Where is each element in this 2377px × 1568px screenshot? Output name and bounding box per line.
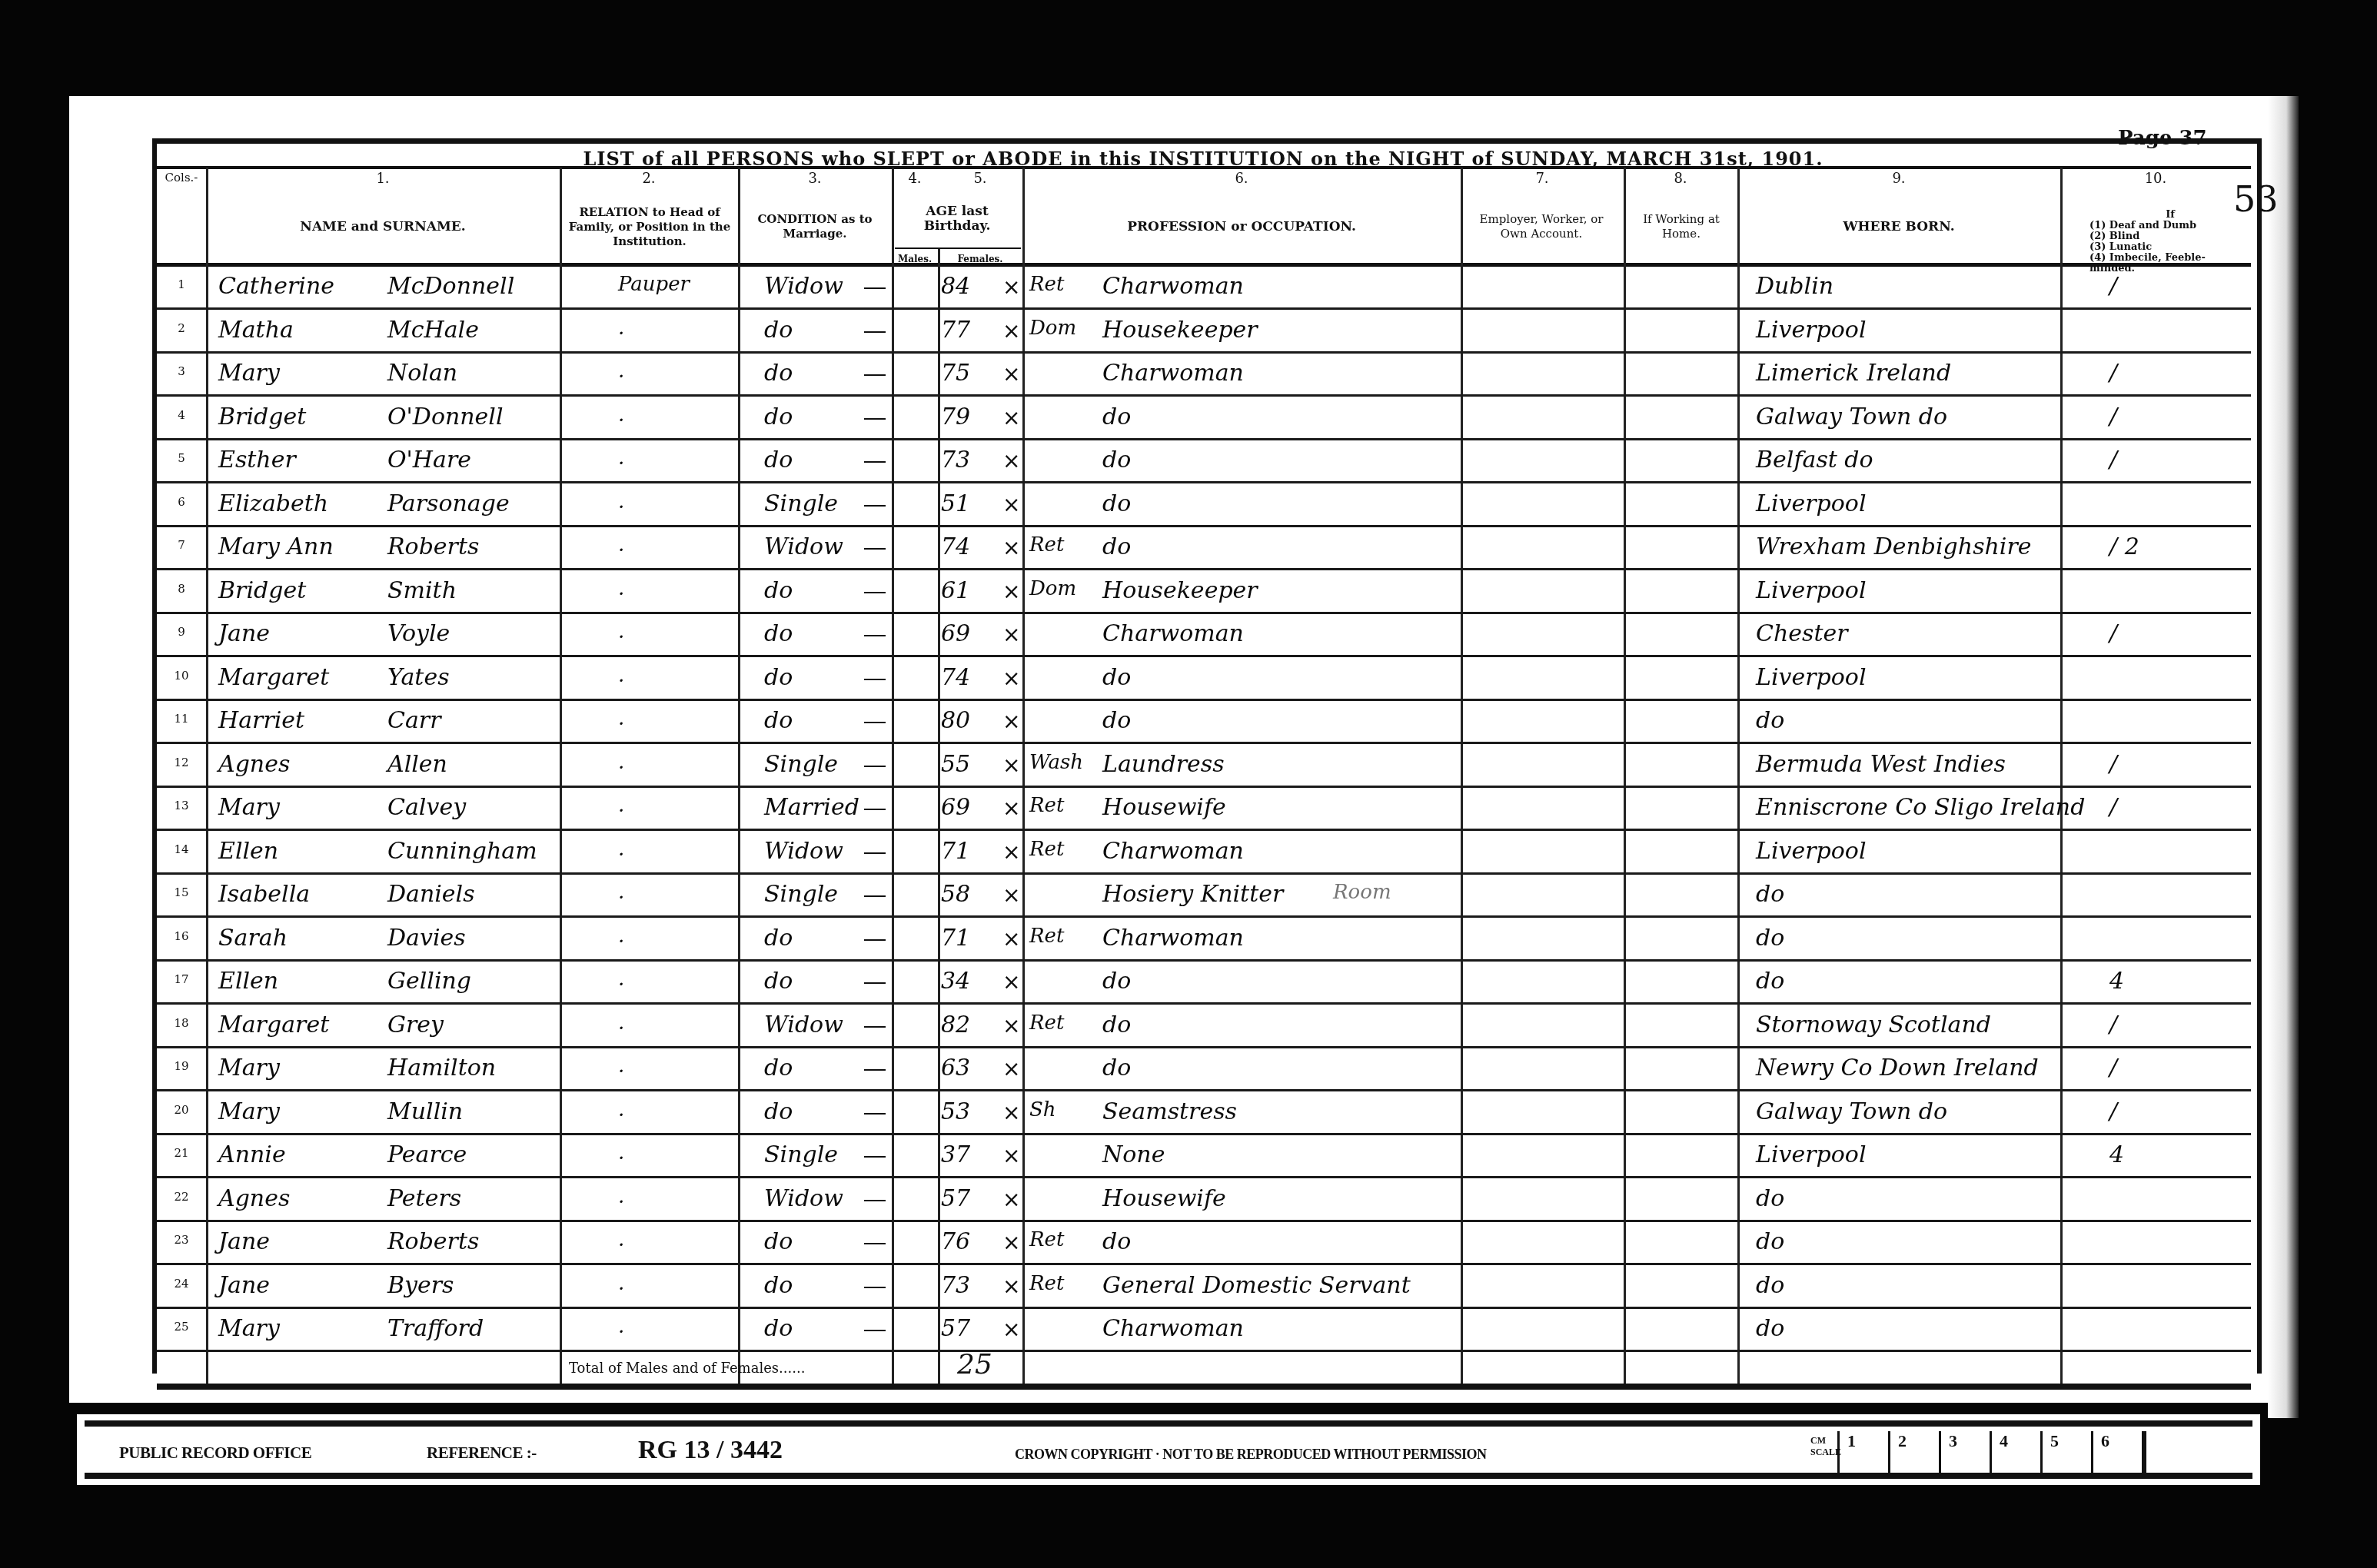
where-born: Liverpool bbox=[1756, 838, 1866, 865]
condition: Single bbox=[764, 490, 838, 517]
table-row: 24JaneByers.do―73×RetGeneral Domestic Se… bbox=[157, 1266, 2251, 1309]
first-name: Catherine bbox=[218, 273, 334, 300]
cross-mark-icon: × bbox=[1002, 969, 1020, 995]
table-row: 18MargaretGrey.Widow―82×RetdoStornoway S… bbox=[157, 1005, 2251, 1048]
first-name: Annie bbox=[218, 1141, 286, 1168]
where-born: do bbox=[1756, 881, 1784, 908]
condition: do bbox=[764, 1272, 793, 1299]
archive-footer: PUBLIC RECORD OFFICE REFERENCE :- RG 13 … bbox=[77, 1414, 2260, 1485]
row-number: 12 bbox=[157, 756, 206, 769]
surname: Roberts bbox=[387, 1228, 479, 1255]
first-name: Esther bbox=[218, 447, 296, 473]
relation: . bbox=[618, 490, 624, 513]
scale-mark: 1 bbox=[1837, 1431, 1888, 1477]
table-row: 20MaryMullin.do―53×ShSeamstressGalway To… bbox=[157, 1092, 2251, 1135]
occupation: do bbox=[1102, 447, 1131, 473]
scale-mark: 5 bbox=[2040, 1431, 2091, 1477]
occupation: do bbox=[1102, 1228, 1131, 1255]
row-number: 22 bbox=[157, 1190, 206, 1204]
surname: Smith bbox=[387, 577, 457, 604]
surname: Pearce bbox=[387, 1141, 467, 1168]
row-number: 7 bbox=[157, 538, 206, 552]
relation: . bbox=[618, 360, 624, 383]
table-row: 23JaneRoberts.do―76×Retdodo bbox=[157, 1222, 2251, 1265]
relation: . bbox=[618, 838, 624, 861]
tick-mark-icon: ― bbox=[864, 1187, 886, 1212]
row-number: 16 bbox=[157, 929, 206, 943]
cross-mark-icon: × bbox=[1002, 1100, 1020, 1125]
condition: Widow bbox=[764, 1185, 843, 1212]
col-number-5: 5. bbox=[938, 171, 1022, 187]
first-name: Agnes bbox=[218, 1185, 290, 1212]
infirmity-if: If bbox=[2089, 210, 2251, 221]
first-name: Mary bbox=[218, 1315, 280, 1342]
col-number-4: 4. bbox=[892, 171, 938, 187]
footer-copyright: CROWN COPYRIGHT · NOT TO BE REPRODUCED W… bbox=[1015, 1447, 1487, 1463]
where-born: Galway Town do bbox=[1756, 1098, 1947, 1125]
surname: Carr bbox=[387, 707, 441, 734]
cross-mark-icon: × bbox=[1002, 752, 1020, 778]
row-number: 23 bbox=[157, 1233, 206, 1247]
row-number: 5 bbox=[157, 451, 206, 465]
row-number: 2 bbox=[157, 321, 206, 335]
condition: do bbox=[764, 1098, 793, 1125]
surname: Allen bbox=[387, 751, 447, 778]
surname: Daniels bbox=[387, 881, 475, 908]
first-name: Jane bbox=[218, 620, 270, 647]
cross-mark-icon: × bbox=[1002, 882, 1020, 908]
row-number: 20 bbox=[157, 1103, 206, 1117]
footer-office: PUBLIC RECORD OFFICE bbox=[119, 1443, 311, 1463]
relation: . bbox=[618, 404, 624, 427]
occupation: Charwoman bbox=[1102, 273, 1244, 300]
occupation: Housewife bbox=[1102, 1185, 1226, 1212]
row-number: 10 bbox=[157, 669, 206, 683]
first-name: Harriet bbox=[218, 707, 304, 734]
relation: . bbox=[618, 620, 624, 643]
cross-mark-icon: × bbox=[1002, 666, 1020, 691]
occupation-prefix: Ret bbox=[1029, 794, 1064, 817]
condition: Single bbox=[764, 1141, 838, 1168]
total-females: 25 bbox=[957, 1349, 992, 1380]
condition: do bbox=[764, 925, 793, 952]
first-name: Ellen bbox=[218, 838, 278, 865]
occupation: do bbox=[1102, 707, 1131, 734]
occupation-prefix: Dom bbox=[1029, 317, 1076, 340]
infirmity: / 2 bbox=[2109, 533, 2139, 560]
first-name: Matha bbox=[218, 317, 294, 344]
cross-mark-icon: × bbox=[1002, 535, 1020, 560]
surname: Roberts bbox=[387, 533, 479, 560]
occupation-prefix: Ret bbox=[1029, 1012, 1064, 1035]
tick-mark-icon: ― bbox=[864, 1056, 886, 1081]
header-infirmity: If (1) Deaf and Dumb (2) Blind (3) Lunat… bbox=[2089, 210, 2251, 274]
infirmity-option-2: (2) Blind bbox=[2089, 231, 2251, 242]
tick-mark-icon: ― bbox=[864, 1100, 886, 1125]
first-name: Jane bbox=[218, 1272, 270, 1299]
age-female: 75 bbox=[941, 360, 970, 387]
tick-mark-icon: ― bbox=[864, 405, 886, 430]
tick-mark-icon: ― bbox=[864, 1230, 886, 1255]
where-born: do bbox=[1756, 707, 1784, 734]
occupation: Charwoman bbox=[1102, 360, 1244, 387]
occupation: Laundress bbox=[1102, 751, 1225, 778]
relation: . bbox=[618, 1012, 624, 1035]
occupation-prefix: Ret bbox=[1029, 925, 1064, 948]
tick-mark-icon: ― bbox=[864, 969, 886, 995]
age-female: 57 bbox=[941, 1185, 970, 1212]
age-female: 69 bbox=[941, 620, 970, 647]
col-number-2: 2. bbox=[560, 171, 738, 187]
first-name: Bridget bbox=[218, 404, 306, 430]
occupation: do bbox=[1102, 968, 1131, 995]
age-female: 82 bbox=[941, 1012, 970, 1038]
relation: . bbox=[618, 533, 624, 556]
header-males: Males. bbox=[892, 254, 938, 264]
age-female: 55 bbox=[941, 751, 970, 778]
table-row: 9JaneVoyle.do―69×CharwomanChester/ bbox=[157, 614, 2251, 657]
condition: Widow bbox=[764, 838, 843, 865]
row-number: 14 bbox=[157, 842, 206, 856]
surname: Davies bbox=[387, 925, 466, 952]
tick-mark-icon: ― bbox=[864, 274, 886, 300]
col-number-10: 10. bbox=[2060, 171, 2251, 187]
surname: O'Hare bbox=[387, 447, 471, 473]
relation: . bbox=[618, 1055, 624, 1078]
tick-mark-icon: ― bbox=[864, 1274, 886, 1299]
infirmity: / bbox=[2109, 751, 2117, 778]
relation: . bbox=[618, 794, 624, 817]
row-number: 3 bbox=[157, 364, 206, 378]
row-number: 15 bbox=[157, 885, 206, 899]
occupation: General Domestic Servant bbox=[1102, 1272, 1411, 1299]
where-born: Dublin bbox=[1756, 273, 1833, 300]
infirmity: 4 bbox=[2109, 1141, 2124, 1168]
occupation: Charwoman bbox=[1102, 1315, 1244, 1342]
cols-label: Cols.- bbox=[158, 171, 204, 184]
infirmity-option-1: (1) Deaf and Dumb bbox=[2089, 221, 2251, 231]
header-where-born: WHERE BORN. bbox=[1737, 192, 2060, 261]
page-edge bbox=[2268, 96, 2299, 1418]
infirmity: / bbox=[2109, 620, 2117, 647]
row-number: 21 bbox=[157, 1146, 206, 1160]
first-name: Margaret bbox=[218, 664, 329, 691]
table-row: 6ElizabethParsonage.Single―51×doLiverpoo… bbox=[157, 484, 2251, 527]
cross-mark-icon: × bbox=[1002, 405, 1020, 430]
occupation: Charwoman bbox=[1102, 838, 1244, 865]
infirmity: / bbox=[2109, 1055, 2117, 1081]
cm-scale: 1 2 3 4 5 6 bbox=[1837, 1431, 2146, 1477]
where-born: Limerick Ireland bbox=[1756, 360, 1951, 387]
table-row: 21AnniePearce.Single―37×NoneLiverpool4 bbox=[157, 1135, 2251, 1178]
table-row: 11HarrietCarr.do―80×dodo bbox=[157, 701, 2251, 744]
col-number-1: 1. bbox=[206, 171, 560, 187]
age-female: 34 bbox=[941, 968, 970, 995]
surname: Voyle bbox=[387, 620, 450, 647]
relation: . bbox=[618, 1228, 624, 1251]
where-born: do bbox=[1756, 1315, 1784, 1342]
relation: Pauper bbox=[618, 273, 690, 296]
occupation: Seamstress bbox=[1102, 1098, 1237, 1125]
where-born: Liverpool bbox=[1756, 490, 1866, 517]
occupation: Housekeeper bbox=[1102, 577, 1258, 604]
where-born: Liverpool bbox=[1756, 664, 1866, 691]
row-number: 11 bbox=[157, 712, 206, 726]
cross-mark-icon: × bbox=[1002, 839, 1020, 865]
surname: Yates bbox=[387, 664, 450, 691]
row-number: 19 bbox=[157, 1059, 206, 1073]
condition: do bbox=[764, 1315, 793, 1342]
occupation: do bbox=[1102, 404, 1131, 430]
where-born: Liverpool bbox=[1756, 317, 1866, 344]
row-number: 9 bbox=[157, 625, 206, 639]
header-name: NAME and SURNAME. bbox=[206, 192, 560, 261]
occupation: do bbox=[1102, 490, 1131, 517]
condition: do bbox=[764, 620, 793, 647]
age-subrule bbox=[895, 247, 1021, 249]
surname: O'Donnell bbox=[387, 404, 504, 430]
surname: Peters bbox=[387, 1185, 461, 1212]
where-born: do bbox=[1756, 968, 1784, 995]
surname: Calvey bbox=[387, 794, 466, 821]
age-female: 74 bbox=[941, 533, 970, 560]
occupation-prefix: Ret bbox=[1029, 273, 1064, 296]
cross-mark-icon: × bbox=[1002, 1143, 1020, 1168]
relation: . bbox=[618, 664, 624, 687]
relation: . bbox=[618, 1185, 624, 1208]
tick-mark-icon: ― bbox=[864, 926, 886, 952]
cross-mark-icon: × bbox=[1002, 1187, 1020, 1212]
surname: McHale bbox=[387, 317, 479, 344]
age-female: 63 bbox=[941, 1055, 970, 1081]
row-number: 24 bbox=[157, 1277, 206, 1291]
row-rule bbox=[157, 1350, 2251, 1352]
totals-label: Total of Males and of Females...... bbox=[569, 1360, 805, 1377]
infirmity: / bbox=[2109, 1012, 2117, 1038]
relation: . bbox=[618, 1141, 624, 1164]
table-row: 17EllenGelling.do―34×dodo4 bbox=[157, 962, 2251, 1005]
tick-mark-icon: ― bbox=[864, 752, 886, 778]
condition: Single bbox=[764, 881, 838, 908]
condition: do bbox=[764, 664, 793, 691]
relation: . bbox=[618, 1315, 624, 1338]
cross-mark-icon: × bbox=[1002, 318, 1020, 344]
tick-mark-icon: ― bbox=[864, 492, 886, 517]
table-row: 22AgnesPeters.Widow―57×Housewifedo bbox=[157, 1179, 2251, 1222]
table-row: 16SarahDavies.do―71×RetCharwomando bbox=[157, 919, 2251, 962]
cm-scale-label: CM SCALE bbox=[1810, 1435, 1841, 1458]
surname: Mullin bbox=[387, 1098, 463, 1125]
age-female: 58 bbox=[941, 881, 970, 908]
tick-mark-icon: ― bbox=[864, 1317, 886, 1342]
condition: do bbox=[764, 1228, 793, 1255]
relation: . bbox=[618, 317, 624, 340]
age-female: 79 bbox=[941, 404, 970, 430]
col-number-9: 9. bbox=[1737, 171, 2060, 187]
surname: Byers bbox=[387, 1272, 454, 1299]
tick-mark-icon: ― bbox=[864, 579, 886, 604]
cross-mark-icon: × bbox=[1002, 1317, 1020, 1342]
occupation: do bbox=[1102, 1012, 1131, 1038]
cross-mark-icon: × bbox=[1002, 1274, 1020, 1299]
col-number-3: 3. bbox=[738, 171, 892, 187]
row-number: 4 bbox=[157, 408, 206, 422]
footer-reference-label: REFERENCE :- bbox=[427, 1443, 537, 1463]
relation: . bbox=[618, 968, 624, 991]
infirmity: / bbox=[2109, 360, 2117, 387]
col-number-6: 6. bbox=[1022, 171, 1461, 187]
age-female: 61 bbox=[941, 577, 970, 604]
cross-mark-icon: × bbox=[1002, 926, 1020, 952]
first-name: Isabella bbox=[218, 881, 310, 908]
cross-mark-icon: × bbox=[1002, 361, 1020, 387]
tick-mark-icon: ― bbox=[864, 839, 886, 865]
first-name: Jane bbox=[218, 1228, 270, 1255]
scale-mark: 6 bbox=[2091, 1431, 2142, 1477]
surname: Cunningham bbox=[387, 838, 537, 865]
footer-reference: RG 13 / 3442 bbox=[638, 1436, 783, 1465]
table-bottom-rule bbox=[157, 1384, 2251, 1390]
row-number: 6 bbox=[157, 495, 206, 509]
row-number: 18 bbox=[157, 1016, 206, 1030]
where-born: Stornoway Scotland bbox=[1756, 1012, 1991, 1038]
first-name: Mary bbox=[218, 360, 280, 387]
occupation-prefix: Ret bbox=[1029, 533, 1064, 556]
tick-mark-icon: ― bbox=[864, 882, 886, 908]
relation: . bbox=[618, 707, 624, 730]
condition: do bbox=[764, 1055, 793, 1081]
condition: do bbox=[764, 404, 793, 430]
footer-top-rule bbox=[85, 1420, 2252, 1427]
cross-mark-icon: × bbox=[1002, 1056, 1020, 1081]
where-born: Liverpool bbox=[1756, 1141, 1866, 1168]
first-name: Mary bbox=[218, 794, 280, 821]
infirmity: 4 bbox=[2109, 968, 2124, 995]
occupation: Housekeeper bbox=[1102, 317, 1258, 344]
where-born: Wrexham Denbighshire bbox=[1756, 533, 2032, 560]
relation: . bbox=[618, 1272, 624, 1295]
occupation-prefix: Ret bbox=[1029, 1228, 1064, 1251]
scale-label: SCALE bbox=[1810, 1447, 1841, 1458]
cross-mark-icon: × bbox=[1002, 274, 1020, 300]
tick-mark-icon: ― bbox=[864, 1013, 886, 1038]
infirmity: / bbox=[2109, 447, 2117, 473]
header-females: Females. bbox=[939, 254, 1021, 264]
row-number: 13 bbox=[157, 799, 206, 812]
first-name: Mary Ann bbox=[218, 533, 334, 560]
infirmity: / bbox=[2109, 794, 2117, 821]
age-female: 73 bbox=[941, 1272, 970, 1299]
cross-mark-icon: × bbox=[1002, 492, 1020, 517]
surname: McDonnell bbox=[387, 273, 514, 300]
relation: . bbox=[618, 751, 624, 774]
condition: Married bbox=[764, 794, 859, 821]
surname: Grey bbox=[387, 1012, 444, 1038]
where-born: Belfast do bbox=[1756, 447, 1873, 473]
table-row: 13MaryCalvey.Married―69×RetHousewifeEnni… bbox=[157, 788, 2251, 831]
where-born: Bermuda West Indies bbox=[1756, 751, 2006, 778]
cm-label: CM bbox=[1810, 1435, 1841, 1447]
where-born: Chester bbox=[1756, 620, 1848, 647]
row-number: 17 bbox=[157, 972, 206, 986]
first-name: Mary bbox=[218, 1098, 280, 1125]
cross-mark-icon: × bbox=[1002, 796, 1020, 821]
where-born: do bbox=[1756, 925, 1784, 952]
table-row: 1CatherineMcDonnellPauperWidow―84×RetCha… bbox=[157, 267, 2251, 310]
table-row: 14EllenCunningham.Widow―71×RetCharwomanL… bbox=[157, 832, 2251, 875]
where-born: do bbox=[1756, 1272, 1784, 1299]
row-number: 1 bbox=[157, 277, 206, 291]
occupation: Hosiery Knitter bbox=[1102, 881, 1283, 908]
where-born: do bbox=[1756, 1185, 1784, 1212]
infirmity-option-3: (3) Lunatic bbox=[2089, 242, 2251, 253]
occupation: Charwoman bbox=[1102, 620, 1244, 647]
occupation: do bbox=[1102, 533, 1131, 560]
tick-mark-icon: ― bbox=[864, 796, 886, 821]
occupation: Charwoman bbox=[1102, 925, 1244, 952]
scale-mark: 4 bbox=[1990, 1431, 2040, 1477]
relation: . bbox=[618, 447, 624, 470]
tick-mark-icon: ― bbox=[864, 448, 886, 473]
occupation: do bbox=[1102, 1055, 1131, 1081]
first-name: Mary bbox=[218, 1055, 280, 1081]
condition: do bbox=[764, 577, 793, 604]
condition: do bbox=[764, 707, 793, 734]
age-female: 71 bbox=[941, 838, 970, 865]
row-number: 25 bbox=[157, 1320, 206, 1334]
age-female: 71 bbox=[941, 925, 970, 952]
relation: . bbox=[618, 925, 624, 948]
condition: do bbox=[764, 360, 793, 387]
tick-mark-icon: ― bbox=[864, 709, 886, 734]
where-born: Liverpool bbox=[1756, 577, 1866, 604]
tick-mark-icon: ― bbox=[864, 622, 886, 647]
surname: Nolan bbox=[387, 360, 457, 387]
infirmity: / bbox=[2109, 404, 2117, 430]
age-female: 84 bbox=[941, 273, 970, 300]
occupation-prefix: Ret bbox=[1029, 1272, 1064, 1295]
header-relation: RELATION to Head of Family, or Position … bbox=[565, 192, 734, 261]
condition: Single bbox=[764, 751, 838, 778]
row-number: 8 bbox=[157, 582, 206, 596]
table-row: 2MathaMcHale.do―77×DomHousekeeperLiverpo… bbox=[157, 311, 2251, 354]
relation: . bbox=[618, 881, 624, 904]
header-age: AGE last Birthday. bbox=[896, 192, 1019, 246]
table-row: 15IsabellaDaniels.Single―58×Hosiery Knit… bbox=[157, 875, 2251, 918]
cross-mark-icon: × bbox=[1002, 1013, 1020, 1038]
age-female: 51 bbox=[941, 490, 970, 517]
surname: Hamilton bbox=[387, 1055, 496, 1081]
cross-mark-icon: × bbox=[1002, 709, 1020, 734]
occupation-note: Room bbox=[1333, 881, 1391, 904]
where-born: Galway Town do bbox=[1756, 404, 1947, 430]
tick-mark-icon: ― bbox=[864, 1143, 886, 1168]
age-female: 37 bbox=[941, 1141, 970, 1168]
table-row: 4BridgetO'Donnell.do―79×doGalway Town do… bbox=[157, 397, 2251, 440]
col-number-8: 8. bbox=[1624, 171, 1737, 187]
condition: Widow bbox=[764, 533, 843, 560]
header-condition: CONDITION as to Marriage. bbox=[746, 192, 884, 261]
surname: Trafford bbox=[387, 1315, 484, 1342]
table-row: 3MaryNolan.do―75×CharwomanLimerick Irela… bbox=[157, 354, 2251, 397]
first-name: Bridget bbox=[218, 577, 306, 604]
first-name: Margaret bbox=[218, 1012, 329, 1038]
infirmity: / bbox=[2109, 1098, 2117, 1125]
first-name: Elizabeth bbox=[218, 490, 328, 517]
occupation-prefix: Dom bbox=[1029, 577, 1076, 600]
table-row: 19MaryHamilton.do―63×doNewry Co Down Ire… bbox=[157, 1048, 2251, 1091]
tick-mark-icon: ― bbox=[864, 318, 886, 344]
